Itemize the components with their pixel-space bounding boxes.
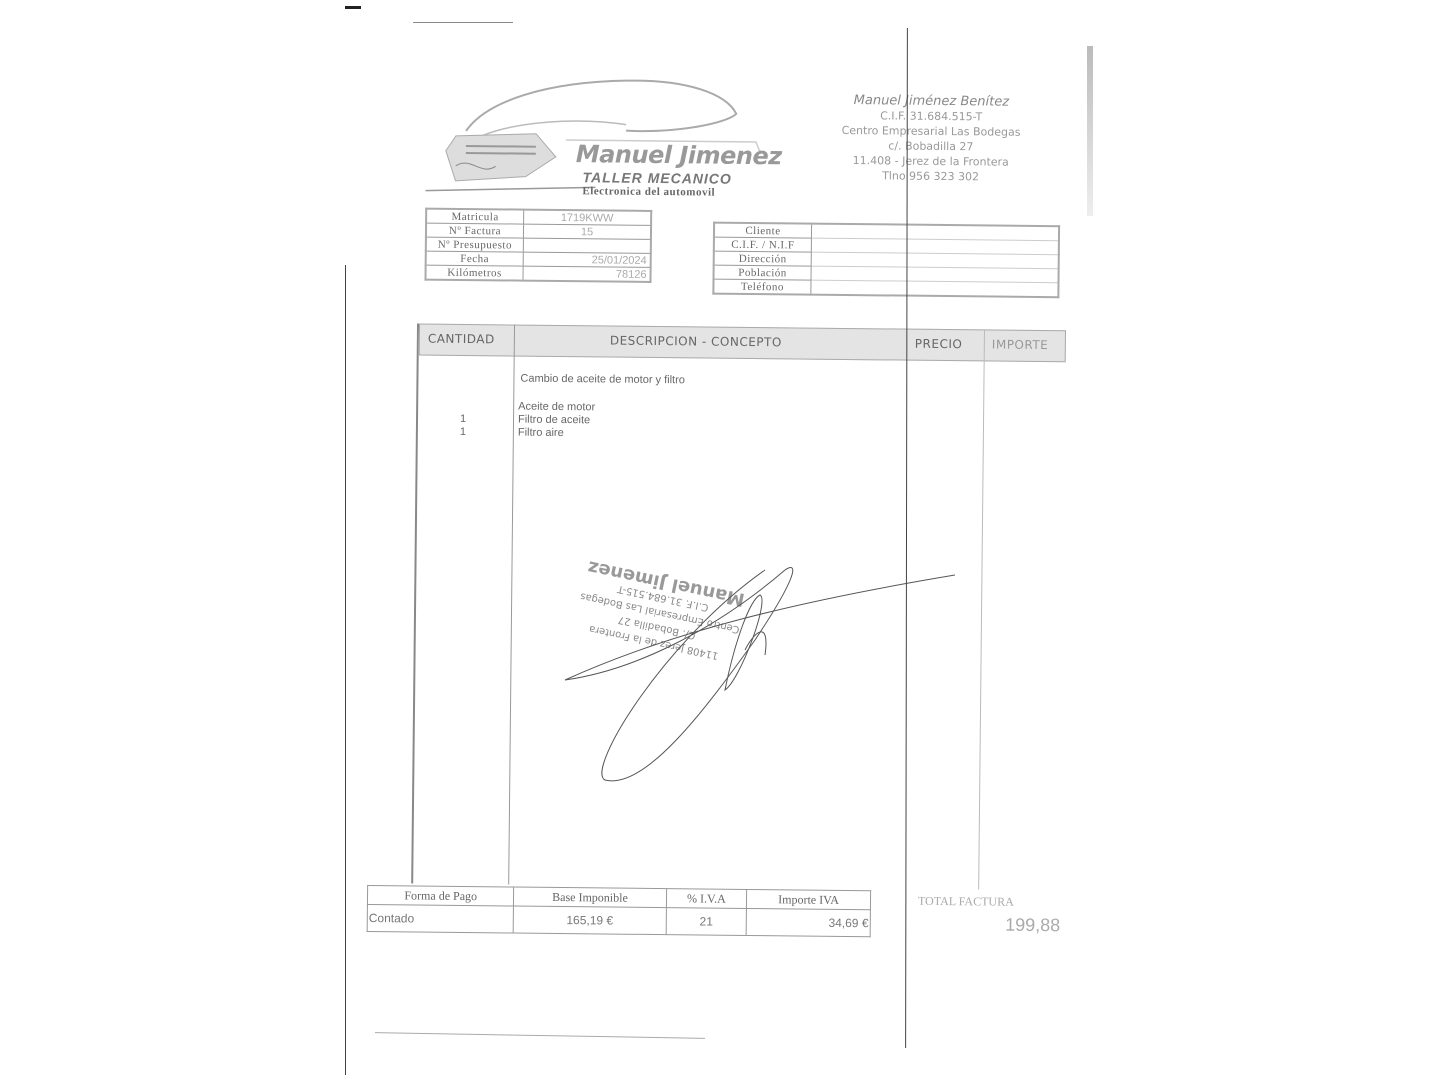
company-center: Centro Empresarial Las Bodegas — [821, 123, 1041, 140]
brand-name: Manuel Jimenez — [576, 140, 782, 170]
brand-subtagline: Electronica del automovil — [582, 185, 715, 198]
tax-base-header: Base Imponible — [514, 887, 666, 908]
vat-amount-value: 34,69 € — [747, 908, 871, 936]
vat-percent-value: 21 — [666, 908, 747, 936]
qty-header: CANTIDAD — [428, 332, 495, 347]
total-header: TOTAL FACTURA — [870, 891, 1061, 912]
service-title: Cambio de aceite de motor y filtro — [520, 373, 685, 387]
phone-value — [811, 280, 1059, 297]
payment-method-value: Contado — [367, 904, 514, 933]
scan-edge-shadow — [1087, 46, 1093, 216]
invoice-page: Manuel Jimenez TALLER MECANICO Electroni… — [362, 40, 1072, 1047]
item-desc: Filtro aire — [518, 427, 564, 439]
address-label: Dirección — [714, 251, 812, 266]
items-header: CANTIDAD DESCRIPCION - CONCEPTO PRECIO I… — [419, 324, 1066, 363]
total-value: 199,88 — [870, 910, 1062, 939]
date-value: 25/01/2024 — [523, 252, 651, 267]
company-name: Manuel Jiménez Benítez — [821, 93, 1041, 110]
tax-base-value: 165,19 € — [514, 906, 666, 935]
signature-icon — [555, 560, 955, 790]
mileage-label: Kilómetros — [425, 265, 523, 281]
company-city: 11.408 - Jerez de la Frontera — [821, 153, 1041, 170]
scan-mark — [345, 6, 361, 9]
scan-edge-line — [345, 265, 346, 1075]
plate-value: 1719KWW — [524, 210, 652, 226]
column-divider — [508, 325, 515, 885]
description-header: DESCRIPCION - CONCEPTO — [610, 334, 782, 350]
phone-label: Teléfono — [713, 279, 811, 295]
scan-edge-line — [413, 22, 513, 23]
column-divider — [978, 329, 985, 889]
vat-percent-header: % I.V.A — [666, 889, 747, 909]
quote-number-label: Nº Presupuesto — [426, 237, 524, 252]
mileage-value: 78126 — [523, 266, 651, 282]
tax-id-label: C.I.F. / N.I.F — [714, 237, 812, 252]
plate-label: Matricula — [426, 209, 524, 225]
client-info-table: Cliente C.I.F. / N.I.F Dirección Poblaci… — [712, 222, 1060, 299]
company-info: Manuel Jiménez Benítez C.I.F. 31.684.515… — [821, 93, 1042, 185]
totals-table: Forma de Pago Base Imponible % I.V.A Imp… — [367, 885, 1062, 939]
amount-header: IMPORTE — [992, 338, 1049, 353]
item-qty: 1 — [460, 426, 466, 438]
brand-tagline: TALLER MECANICO — [582, 169, 731, 187]
item-desc: Aceite de motor — [518, 401, 595, 414]
item-desc: Filtro de aceite — [518, 414, 590, 427]
invoice-number-label: Nº Factura — [426, 223, 524, 238]
client-label: Cliente — [714, 223, 812, 239]
invoice-number-value: 15 — [523, 224, 651, 239]
payment-method-header: Forma de Pago — [367, 886, 514, 907]
date-label: Fecha — [426, 251, 524, 266]
price-header: PRECIO — [915, 337, 963, 351]
quote-number-value — [523, 238, 651, 253]
company-phone: Tlno 956 323 302 — [821, 168, 1041, 185]
vat-amount-header: Importe IVA — [747, 889, 871, 909]
item-qty: 1 — [460, 413, 466, 425]
town-label: Población — [714, 265, 812, 280]
vehicle-info-table: Matricula1719KWW Nº Factura15 Nº Presupu… — [424, 208, 652, 283]
